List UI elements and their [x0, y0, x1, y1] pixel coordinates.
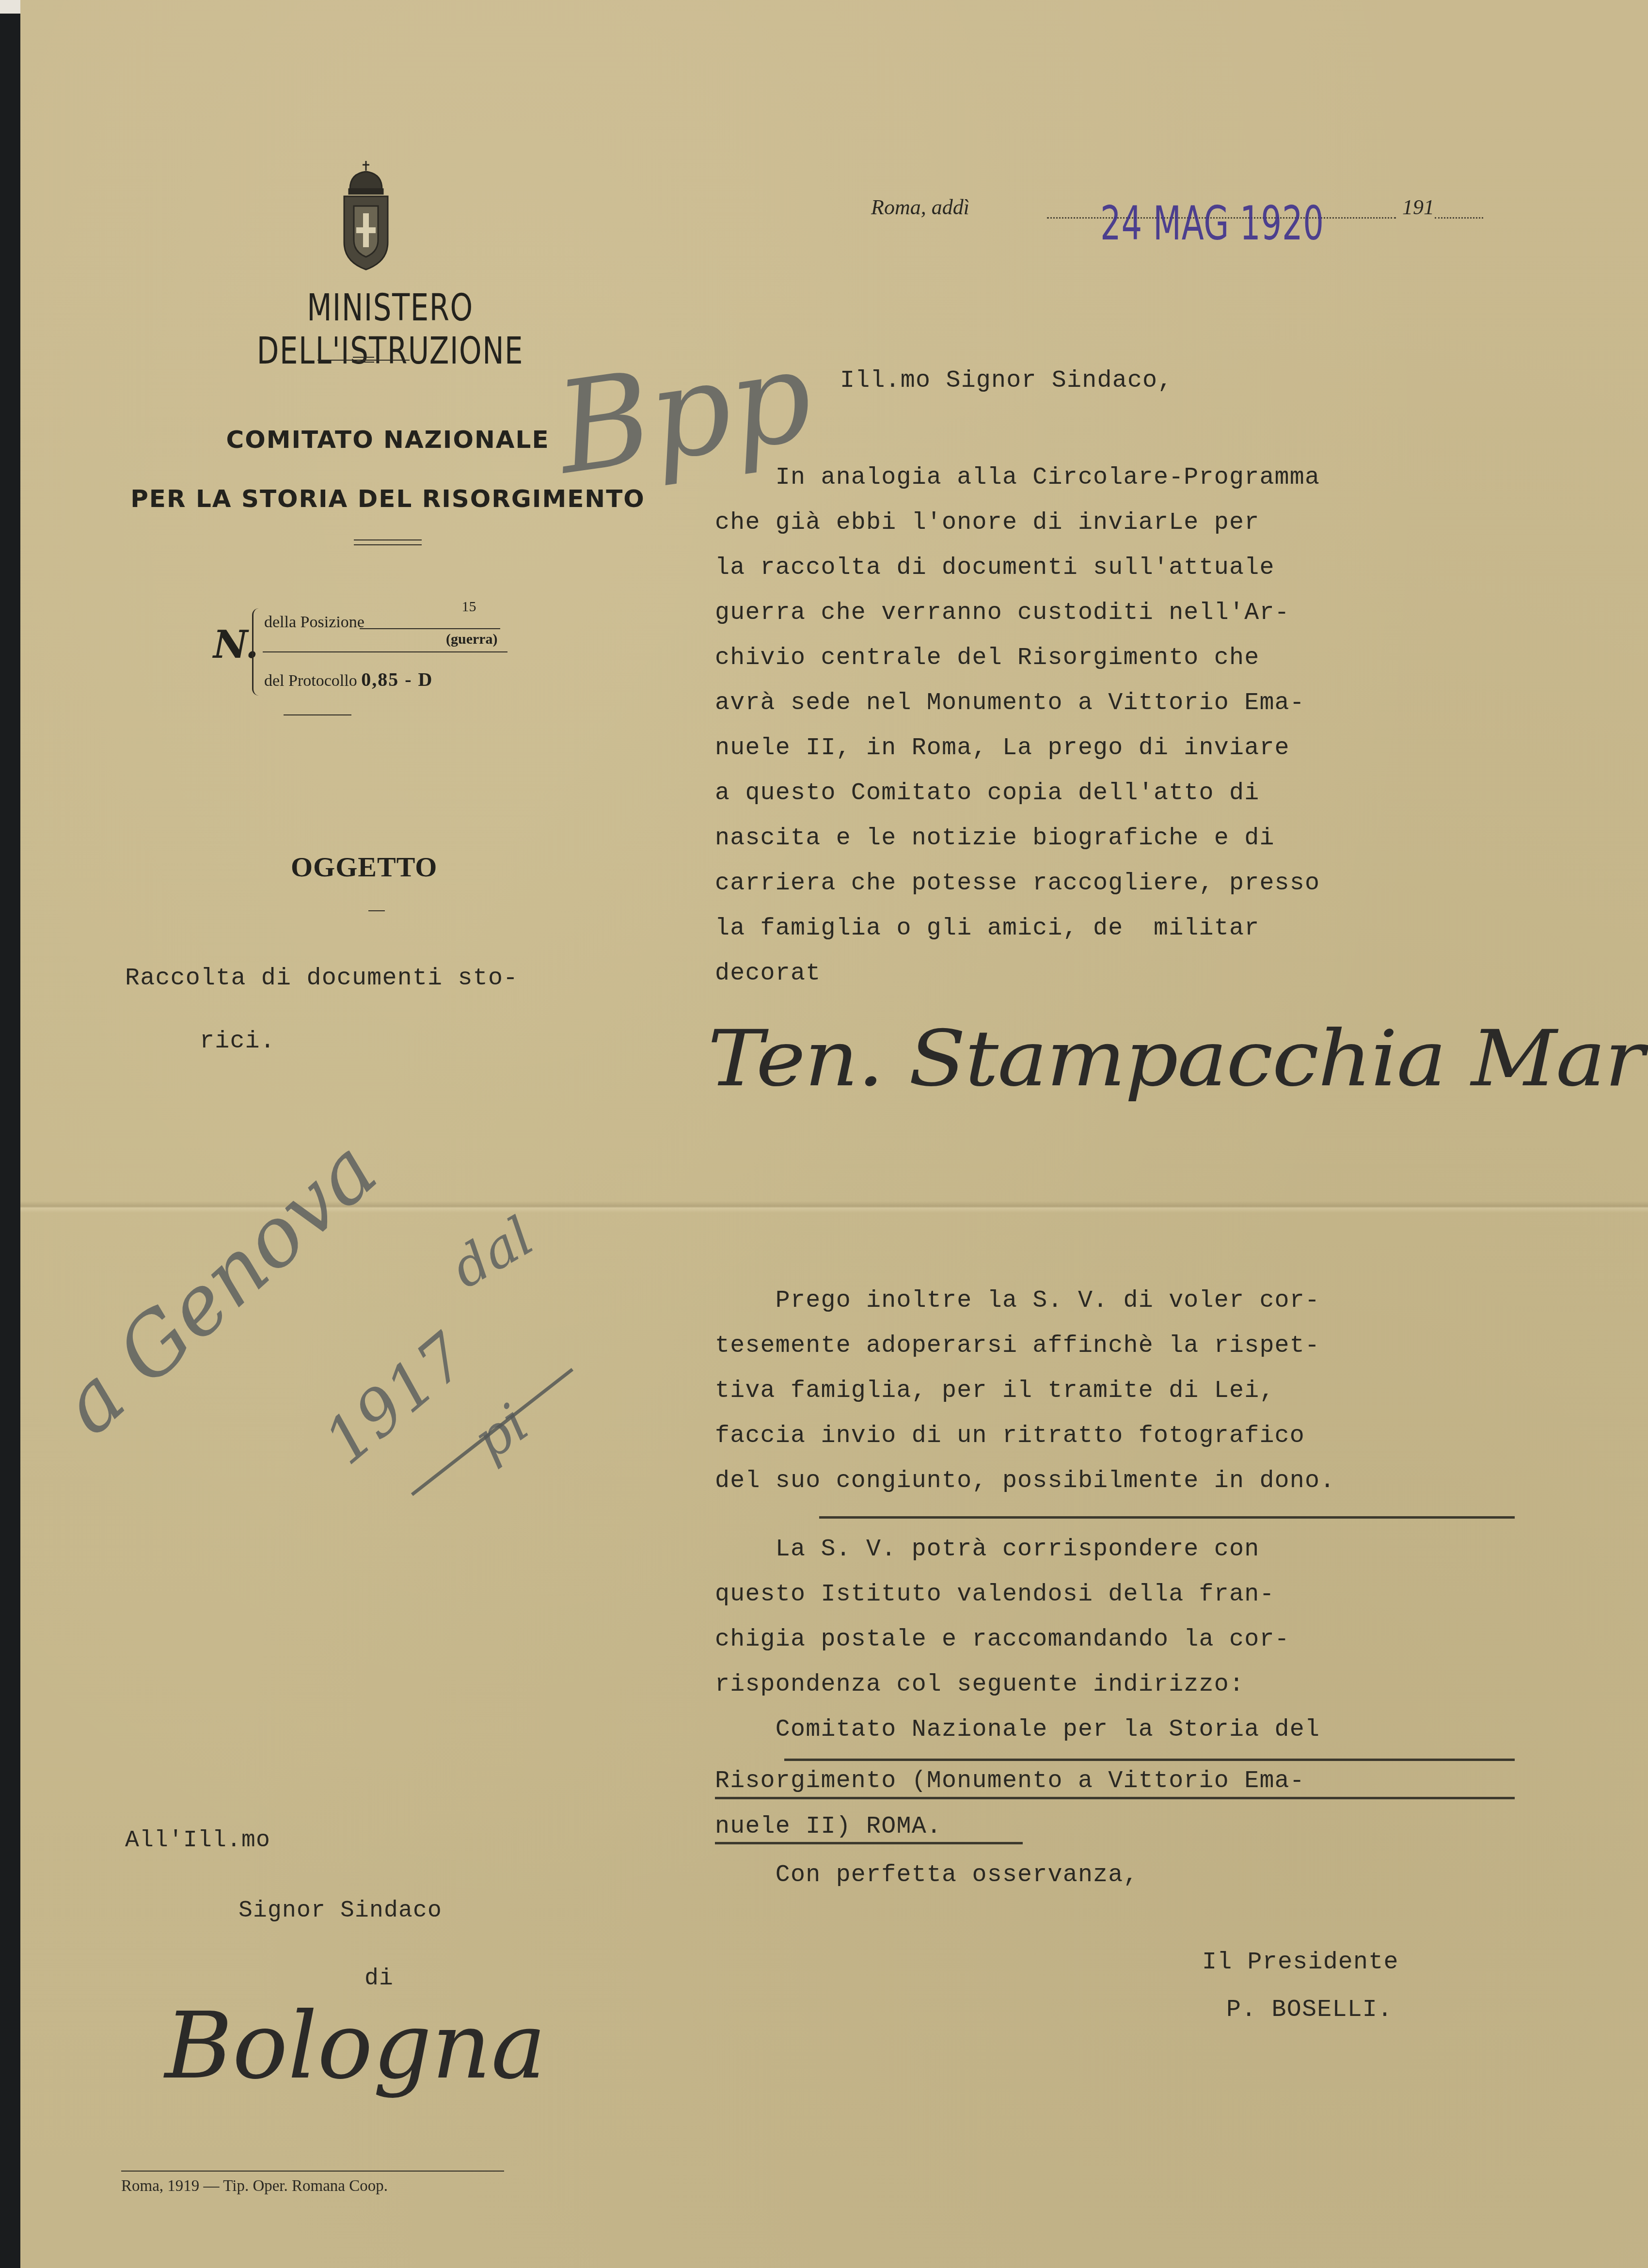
dateline-printed-year: 191 — [1402, 195, 1434, 220]
body-line: nuele II, in Roma, La prego di inviare — [715, 734, 1290, 762]
dateline-dotted-line — [1435, 217, 1483, 219]
signature-name: P. BOSELLI. — [1226, 1996, 1393, 2024]
royal-coat-of-arms-icon — [339, 160, 393, 271]
committee-name-line1: COMITATO NAZIONALE — [160, 426, 616, 454]
handwritten-soldier-name: Ten. Stampacchia Mario — [708, 1013, 1648, 1104]
addressee-line3: di — [364, 1966, 394, 1992]
body-line: decorat — [715, 960, 821, 987]
protocollo-value: 0,85 - D — [361, 668, 433, 690]
body-line: questo Istituto valendosi della fran- — [715, 1581, 1275, 1608]
subject-text-line2: rici. — [200, 1028, 275, 1055]
brace-bracket — [252, 608, 260, 696]
date-stamp: 24 MAG 1920 — [1100, 196, 1324, 251]
body-line: rispondenza col seguente indirizzo: — [715, 1671, 1244, 1698]
addressee-line1: All'Ill.mo — [125, 1827, 270, 1854]
body-line: nuele II) ROMA. — [715, 1813, 942, 1840]
fraction-bar — [360, 628, 500, 629]
body-line: a questo Comitato copia dell'atto di — [715, 779, 1259, 807]
body-line: Risorgimento (Monumento a Vittorio Ema- — [715, 1767, 1305, 1795]
dateline-place: Roma, addì — [871, 195, 969, 220]
body-line: chigia postale e raccomandando la cor- — [715, 1626, 1290, 1653]
handwritten-city: Bologna — [165, 1992, 546, 2099]
body-line: la raccolta di documenti sull'attuale — [715, 554, 1275, 582]
body-line: avrà sede nel Monumento a Vittorio Ema- — [715, 689, 1305, 717]
addressee-line2: Signor Sindaco — [238, 1898, 442, 1924]
signature-title: Il Presidente — [1202, 1949, 1399, 1976]
closing: Con perfetta osservanza, — [715, 1861, 1139, 1889]
body-line: carriera che potesse raccogliere, presso — [715, 870, 1320, 897]
underline — [784, 1759, 1515, 1761]
decorative-rule-center — [353, 357, 374, 363]
body-line: nascita e le notizie biografiche e di — [715, 825, 1275, 852]
body-line: Comitato Nazionale per la Storia del — [715, 1716, 1320, 1744]
protocollo-label: del Protocollo — [264, 672, 357, 690]
body-line: del suo congiunto, possibilmente in dono… — [715, 1467, 1335, 1495]
body-line: La S. V. potrà corrispondere con — [715, 1536, 1259, 1563]
subject-dash — [368, 910, 385, 911]
body-line: che già ebbi l'onore di inviarLe per — [715, 509, 1259, 537]
scan-border-left — [0, 0, 20, 2268]
salutation: Ill.mo Signor Sindaco, — [840, 367, 1173, 395]
body-line: faccia invio di un ritratto fotografico — [715, 1422, 1305, 1450]
underline — [819, 1516, 1515, 1519]
posizione-category: (guerra) — [446, 631, 492, 648]
posizione-label: della Posizione — [264, 613, 364, 632]
footer-rule — [121, 2171, 504, 2172]
body-line: chivio centrale del Risorgimento che — [715, 644, 1259, 672]
divider-rule — [284, 714, 351, 715]
printer-imprint: Roma, 1919 — Tip. Oper. Romana Coop. — [121, 2177, 388, 2195]
body-line: tiva famiglia, per il tramite di Lei, — [715, 1377, 1275, 1405]
body-line: la famiglia o gli amici, de militar — [715, 915, 1259, 942]
protocollo-field: del Protocollo 0,85 - D — [264, 668, 433, 691]
underline — [715, 1797, 1515, 1799]
divider-rule — [354, 539, 422, 540]
body-line: In analogia alla Circolare-Programma — [715, 464, 1320, 492]
subject-heading: OGGETTO — [291, 851, 437, 883]
underline — [715, 1842, 1023, 1844]
body-line: guerra che verranno custoditi nell'Ar- — [715, 599, 1290, 627]
body-line: tesemente adoperarsi affinchè la rispet- — [715, 1332, 1320, 1360]
subject-text-line1: Raccolta di documenti sto- — [125, 965, 518, 992]
posizione-underline — [263, 651, 507, 652]
divider-rule — [354, 544, 422, 545]
posizione-number: 15 — [446, 599, 492, 615]
body-line: Prego inoltre la S. V. di voler cor- — [715, 1287, 1320, 1315]
